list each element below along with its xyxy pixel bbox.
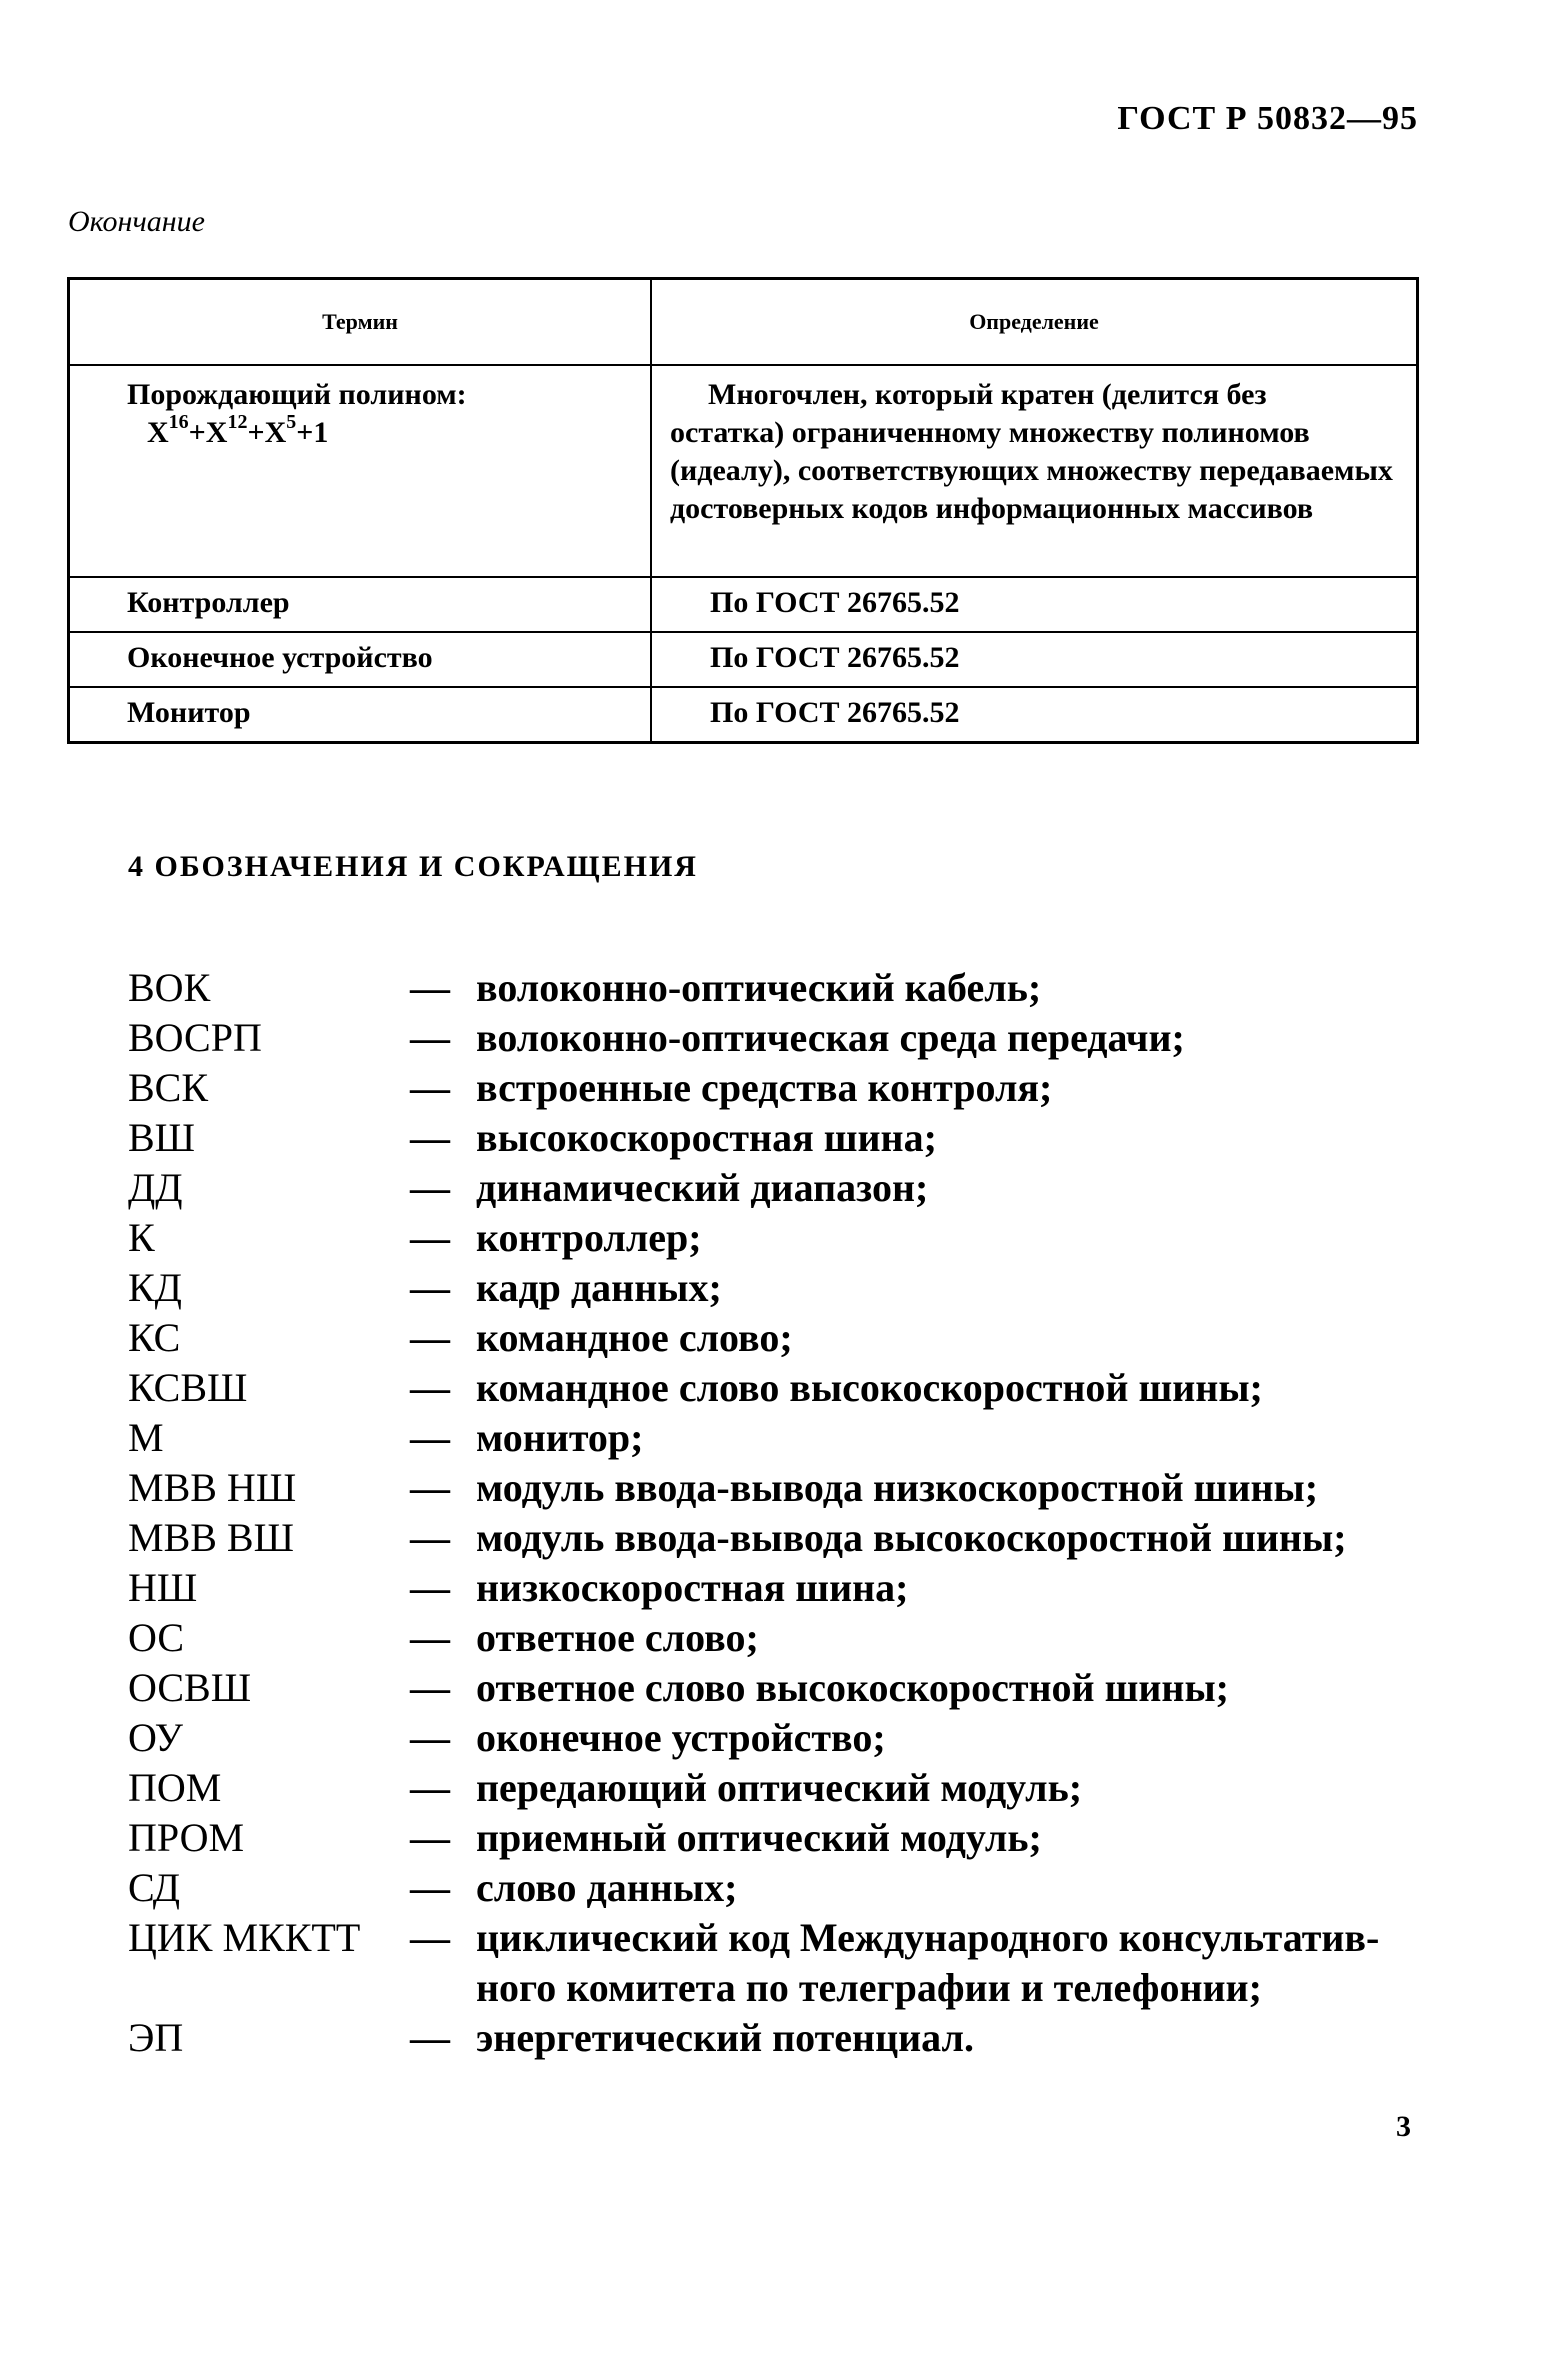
table-row: Оконечное устройство По ГОСТ 26765.52 (69, 632, 1418, 687)
abbreviation-meaning: циклический код Международного консульта… (476, 1913, 1448, 2013)
abbreviation: ВШ (128, 1113, 410, 1163)
definition-cell: По ГОСТ 26765.52 (651, 577, 1418, 632)
term-cell: Порождающий полином: X16+X12+X5+1 (69, 365, 652, 577)
abbreviation: КСВШ (128, 1363, 410, 1413)
dash-separator: — (410, 1413, 476, 1463)
abbreviation: ДД (128, 1163, 410, 1213)
abbreviation-meaning: высокоскоростная шина; (476, 1113, 1448, 1163)
list-item: ОУ—оконечное устройство; (128, 1713, 1448, 1763)
definition-cell: Многочлен, который кратен (делится без о… (651, 365, 1418, 577)
abbreviation-meaning: контроллер; (476, 1213, 1448, 1263)
table-row: Монитор По ГОСТ 26765.52 (69, 687, 1418, 743)
term-cell: Оконечное устройство (69, 632, 652, 687)
dash-separator: — (410, 1113, 476, 1163)
column-header-definition: Определение (651, 279, 1418, 366)
generator-polynomial-formula: X16+X12+X5+1 (127, 414, 642, 452)
dash-separator: — (410, 963, 476, 1013)
table-header-row: Термин Определение (69, 279, 1418, 366)
section-heading: 4 ОБОЗНАЧЕНИЯ И СОКРАЩЕНИЯ (128, 850, 698, 884)
list-item: ДД—динамический диапазон; (128, 1163, 1448, 1213)
dash-separator: — (410, 1913, 476, 2013)
list-item: ВОСРП—волоконно-оптическая среда передач… (128, 1013, 1448, 1063)
abbreviation-meaning: командное слово высокоскоростной шины; (476, 1363, 1448, 1413)
list-item: НШ—низкоскоростная шина; (128, 1563, 1448, 1613)
abbreviation: М (128, 1413, 410, 1463)
abbreviation: ВОК (128, 963, 410, 1013)
list-item: СД—слово данных; (128, 1863, 1448, 1913)
document-standard-code: ГОСТ Р 50832—95 (1117, 100, 1418, 138)
dash-separator: — (410, 1763, 476, 1813)
list-item: ПОМ—передающий оптический модуль; (128, 1763, 1448, 1813)
abbreviation-meaning: ответное слово; (476, 1613, 1448, 1663)
abbreviation-meaning: модуль ввода-вывода низкоскоростной шины… (476, 1463, 1448, 1513)
list-item: ВШ—высокоскоростная шина; (128, 1113, 1448, 1163)
list-item: ЦИК МККТТ—циклический код Международного… (128, 1913, 1448, 2013)
dash-separator: — (410, 1563, 476, 1613)
abbreviation: К (128, 1213, 410, 1263)
dash-separator: — (410, 1163, 476, 1213)
definition-cell: По ГОСТ 26765.52 (651, 632, 1418, 687)
list-item: КСВШ—командное слово высокоскоростной ши… (128, 1363, 1448, 1413)
list-item: ОС—ответное слово; (128, 1613, 1448, 1663)
abbreviation: ЭП (128, 2013, 410, 2063)
dash-separator: — (410, 1013, 476, 1063)
definition-text-rest: остатка) ограниченному множеству полином… (670, 414, 1404, 528)
table-continuation-label: Окончание (68, 205, 205, 239)
abbreviation-meaning: волоконно-оптический кабель; (476, 963, 1448, 1013)
abbreviation: ОС (128, 1613, 410, 1663)
abbreviation-meaning: кадр данных; (476, 1263, 1448, 1313)
abbreviation-meaning: волоконно-оптическая среда передачи; (476, 1013, 1448, 1063)
list-item: ПРОМ—приемный оптический модуль; (128, 1813, 1448, 1863)
abbreviation: ПОМ (128, 1763, 410, 1813)
dash-separator: — (410, 1213, 476, 1263)
term-text: Порождающий полином: (127, 376, 642, 414)
abbreviation: ЦИК МККТТ (128, 1913, 410, 2013)
abbreviation: ВСК (128, 1063, 410, 1113)
abbreviation: МВВ НШ (128, 1463, 410, 1513)
abbreviation: МВВ ВШ (128, 1513, 410, 1563)
definition-text-first-line: Многочлен, который кратен (делится без (670, 376, 1404, 414)
dash-separator: — (410, 1463, 476, 1513)
abbreviation-meaning: динамический диапазон; (476, 1163, 1448, 1213)
abbreviation: ОУ (128, 1713, 410, 1763)
dash-separator: — (410, 1513, 476, 1563)
list-item: М—монитор; (128, 1413, 1448, 1463)
abbreviation: ПРОМ (128, 1813, 410, 1863)
list-item: ЭП—энергетический потенциал. (128, 2013, 1448, 2063)
dash-separator: — (410, 1613, 476, 1663)
abbreviation: ОСВШ (128, 1663, 410, 1713)
term-cell: Монитор (69, 687, 652, 743)
term-cell: Контроллер (69, 577, 652, 632)
definition-cell: По ГОСТ 26765.52 (651, 687, 1418, 743)
abbreviation-meaning: оконечное устройство; (476, 1713, 1448, 1763)
abbreviation-meaning: монитор; (476, 1413, 1448, 1463)
table-row: Порождающий полином: X16+X12+X5+1 Многоч… (69, 365, 1418, 577)
dash-separator: — (410, 1813, 476, 1863)
list-item: МВВ ВШ—модуль ввода-вывода высокоскорост… (128, 1513, 1448, 1563)
abbreviation: КС (128, 1313, 410, 1363)
table-row: Контроллер По ГОСТ 26765.52 (69, 577, 1418, 632)
column-header-term: Термин (69, 279, 652, 366)
dash-separator: — (410, 1263, 476, 1313)
list-item: МВВ НШ—модуль ввода-вывода низкоскоростн… (128, 1463, 1448, 1513)
abbreviation-meaning: передающий оптический модуль; (476, 1763, 1448, 1813)
dash-separator: — (410, 1863, 476, 1913)
list-item: ВСК—встроенные средства контроля; (128, 1063, 1448, 1113)
list-item: ВОК—волоконно-оптический кабель; (128, 963, 1448, 1013)
abbreviation-meaning: энергетический потенциал. (476, 2013, 1448, 2063)
dash-separator: — (410, 2013, 476, 2063)
abbreviation: КД (128, 1263, 410, 1313)
abbreviation-meaning: низкоскоростная шина; (476, 1563, 1448, 1613)
abbreviation: СД (128, 1863, 410, 1913)
terms-table: Термин Определение Порождающий полином: … (67, 277, 1419, 744)
dash-separator: — (410, 1313, 476, 1363)
list-item: КС—командное слово; (128, 1313, 1448, 1363)
abbreviation: ВОСРП (128, 1013, 410, 1063)
abbreviation-meaning: ответное слово высокоскоростной шины; (476, 1663, 1448, 1713)
page-number: 3 (1396, 2110, 1411, 2144)
dash-separator: — (410, 1713, 476, 1763)
abbreviations-list: ВОК—волоконно-оптический кабель; ВОСРП—в… (128, 963, 1448, 2063)
list-item: К—контроллер; (128, 1213, 1448, 1263)
abbreviation: НШ (128, 1563, 410, 1613)
dash-separator: — (410, 1663, 476, 1713)
abbreviation-meaning: приемный оптический модуль; (476, 1813, 1448, 1863)
list-item: ОСВШ—ответное слово высокоскоростной шин… (128, 1663, 1448, 1713)
abbreviation-meaning: командное слово; (476, 1313, 1448, 1363)
abbreviation-meaning: модуль ввода-вывода высокоскоростной шин… (476, 1513, 1448, 1563)
list-item: КД—кадр данных; (128, 1263, 1448, 1313)
abbreviation-meaning: встроенные средства контроля; (476, 1063, 1448, 1113)
abbreviation-meaning: слово данных; (476, 1863, 1448, 1913)
dash-separator: — (410, 1363, 476, 1413)
dash-separator: — (410, 1063, 476, 1113)
